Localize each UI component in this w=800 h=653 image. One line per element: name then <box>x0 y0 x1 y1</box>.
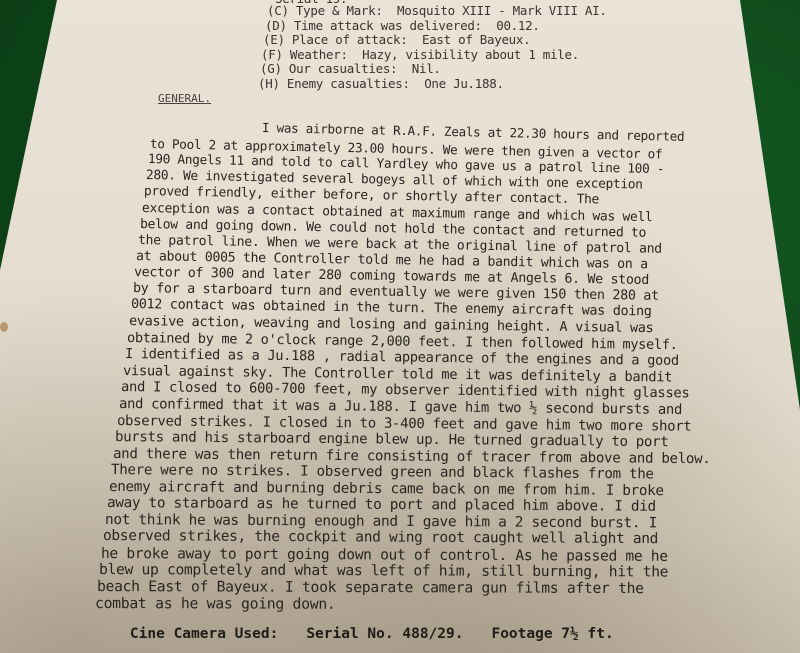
combat-report-text: Serial 19. (C) Type & Mark: Mosquito XII… <box>0 0 800 653</box>
footer-serial: Serial No. 488/29. <box>306 626 463 642</box>
footer-footage: Footage 7½ ft. <box>491 626 613 642</box>
header-item: (H) Enemy casualties: One Ju.188. <box>258 76 504 91</box>
header-item: (C) Type & Mark: Mosquito XIII - Mark VI… <box>267 3 607 18</box>
cine-camera-footer: Cine Camera Used:Serial No. 488/29.Foota… <box>95 610 642 653</box>
header-item: (F) Weather: Hazy, visibility about 1 mi… <box>261 47 579 62</box>
header-item: (D) Time attack was delivered: 00.12. <box>265 18 540 33</box>
header-item: (E) Place of attack: East of Bayeux. <box>263 32 530 47</box>
footer-label: Cine Camera Used: <box>130 626 278 642</box>
header-item: (G) Our casualties: Nil. <box>260 61 441 76</box>
body-line: beach East of Bayeux. I took separate ca… <box>97 578 644 597</box>
section-heading: GENERAL. <box>158 92 211 105</box>
